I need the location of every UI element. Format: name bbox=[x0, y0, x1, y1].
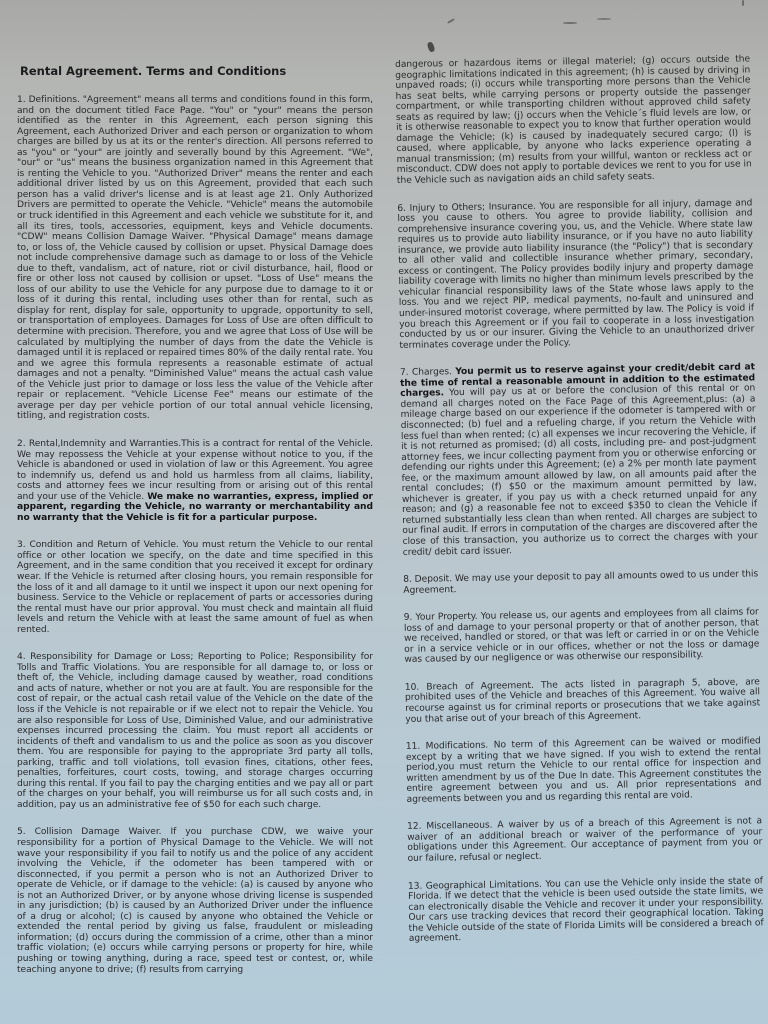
clause-text: 3. Condition and Return of Vehicle. You … bbox=[17, 540, 373, 634]
clause-text: 1. Definitions. "Agreement" means all te… bbox=[17, 95, 373, 421]
clause-text: 4. Responsibility for Damage or Loss; Re… bbox=[17, 652, 373, 810]
clause-text: dangerous or hazardous items or illegal … bbox=[395, 54, 752, 186]
left-column: 1. Definitions. "Agreement" means all te… bbox=[17, 95, 373, 992]
clause-12: 12. Miscellaneous. A waiver by us of a b… bbox=[407, 817, 763, 865]
clause-text: You will pay us at or before the conclus… bbox=[400, 384, 757, 558]
clause-9: 9. Your Property. You release us, our ag… bbox=[404, 608, 760, 666]
clause-text: 12. Miscellaneous. A waiver by us of a b… bbox=[407, 817, 762, 864]
clause-lead: 7. Charges. bbox=[400, 367, 456, 378]
clause-text: 10. Breach of Agreement. The acts listed… bbox=[405, 677, 760, 724]
clause-10: 10. Breach of Agreement. The acts listed… bbox=[405, 677, 761, 725]
document-title: Rental Agreement. Terms and Conditions bbox=[20, 64, 286, 78]
clause-text: 11. Modifications. No term of this Agree… bbox=[406, 736, 762, 804]
clause-5-continued: dangerous or hazardous items or illegal … bbox=[395, 54, 752, 186]
clause-text: 6. Injury to Others; Insurance. You are … bbox=[397, 198, 754, 351]
clause-5: 5. Collision Damage Waiver. If you purch… bbox=[17, 827, 373, 975]
clause-4: 4. Responsibility for Damage or Loss; Re… bbox=[17, 652, 373, 810]
document-sheet: Rental Agreement. Terms and Conditions 1… bbox=[0, 0, 768, 1024]
clause-3: 3. Condition and Return of Vehicle. You … bbox=[17, 540, 373, 635]
clause-7: 7. Charges. You permit us to reserve aga… bbox=[400, 363, 758, 558]
clause-8: 8. Deposit. We may use your deposit to p… bbox=[403, 569, 758, 596]
clause-text: 9. Your Property. You release us, our ag… bbox=[404, 608, 760, 666]
clause-text: 8. Deposit. We may use your deposit to p… bbox=[403, 569, 758, 595]
clause-6: 6. Injury to Others; Insurance. You are … bbox=[397, 198, 754, 351]
clause-11: 11. Modifications. No term of this Agree… bbox=[406, 736, 762, 805]
clause-text: 13. Geographical Limitations. You can us… bbox=[408, 876, 764, 944]
clause-2: 2. Rental,Indemnity and Warranties.This … bbox=[17, 439, 373, 523]
clause-1: 1. Definitions. "Agreement" means all te… bbox=[17, 95, 373, 422]
right-column: dangerous or hazardous items or illegal … bbox=[395, 54, 764, 961]
clause-13: 13. Geographical Limitations. You can us… bbox=[408, 876, 764, 945]
clause-text: 5. Collision Damage Waiver. If you purch… bbox=[17, 827, 373, 974]
